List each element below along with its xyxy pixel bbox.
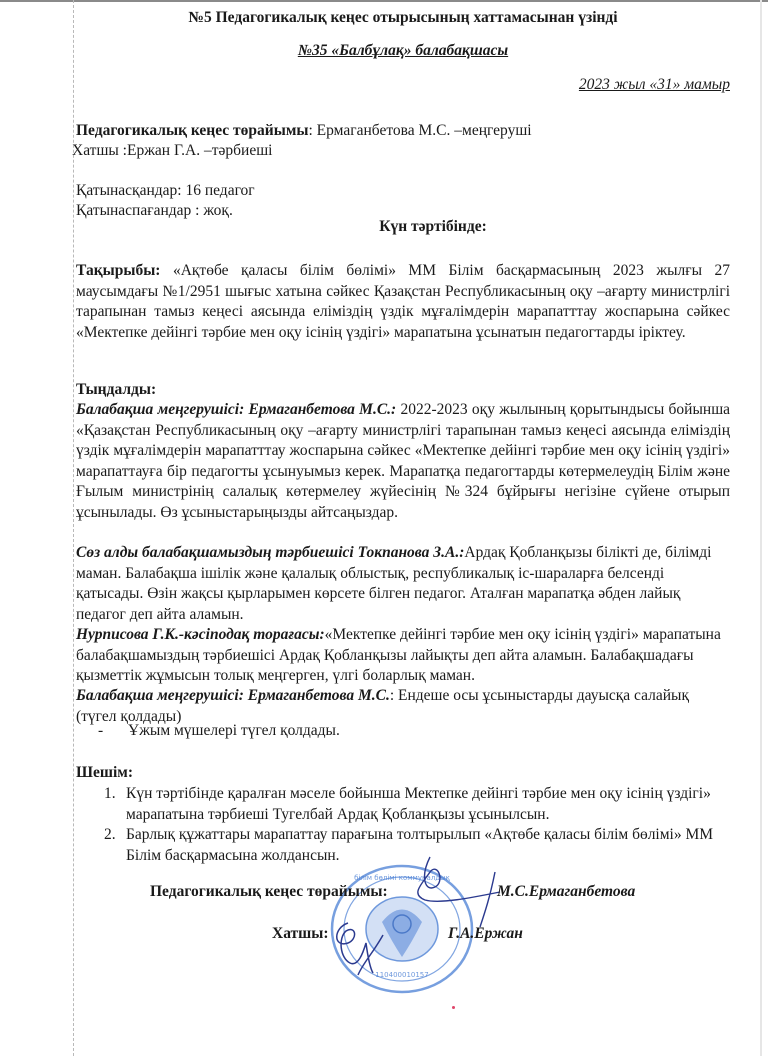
chair-line: Педагогикалық кеңес төрайымы: Ермаганбет… [76,121,532,141]
speech-1-text: 2022-2023 оқу жылының қорытындысы бойынш… [76,401,730,521]
secretary-line: Хатшы :Ержан Г.А. –тәрбиеші [72,141,272,161]
heard-heading: Тыңдалды: [76,380,156,400]
attendees-present: Қатынасқандар: 16 педагог [76,181,255,201]
vote-result-text: Ұжым мүшелері түгел қолдады. [128,722,340,739]
speech-1: Балабақша меңгерушісі: Ермаганбетова М.С… [76,400,730,523]
decision-heading: Шешім: [76,763,133,783]
chair-signature-icon [400,852,510,932]
chair-signature-row: Педагогикалық кеңес төрайымы: [150,883,388,901]
speaker-4: Балабақша меңгерушісі: Ермаганбетова М.С… [76,687,390,704]
ink-speck [452,1006,455,1009]
dash-bullet: - [98,722,128,740]
scan-top-edge [0,0,768,2]
decision-item-number: 2. [104,825,116,846]
chair-signature-label: Педагогикалық кеңес төрайымы: [150,883,388,900]
speech-4: Балабақша меңгерушісі: Ермаганбетова М.С… [76,686,730,727]
decision-item-text: Күн тәртібінде қаралған мәселе бойынша М… [126,785,711,823]
topic-paragraph: Тақырыбы: «Ақтөбе қаласы білім бөлімі» М… [76,261,730,343]
speaker-3: Нурписова Г.К.-кәсіподақ торағасы: [76,626,325,643]
speech-2: Сөз алды балабақшамыздың тәрбиешісі Токп… [76,543,730,625]
topic-label: Тақырыбы: [76,262,160,279]
decision-item-number: 1. [104,784,116,805]
secretary-signature-name: Г.А.Ержан [448,925,523,943]
topic-text: «Ақтөбе қаласы білім бөлімі» ММ Білім ба… [76,262,730,341]
speaker-2: Сөз алды балабақшамыздың тәрбиешісі Токп… [76,544,464,561]
secretary-signature-row: Хатшы: [272,925,329,943]
agenda-heading: Күн тәртібінде: [106,218,760,236]
vote-result: -Ұжым мүшелері түгел қолдады. [98,722,340,740]
chair-signature-name: М.С.Ермаганбетова [497,883,635,901]
organization-name: №35 «Балбұлақ» балабақшасы [76,42,730,60]
decision-item: 1. Күн тәртібінде қаралған мәселе бойынш… [76,784,730,825]
document-title: №5 Педагогикалық кеңес отырысының хаттам… [76,9,730,27]
speech-3: Нурписова Г.К.-кәсіподақ торағасы:«Мекте… [76,625,730,687]
secretary-signature-icon [328,913,398,983]
chair-value: : Ермаганбетова М.С. –меңгеруші [309,122,532,139]
secretary-signature-label: Хатшы: [272,925,329,942]
scan-right-edge [760,0,762,1056]
chair-label: Педагогикалық кеңес төрайымы [76,122,309,139]
document-date: 2023 жыл «31» мамыр [579,76,730,94]
speaker-1: Балабақша меңгерушісі: Ермаганбетова М.С… [76,401,396,418]
